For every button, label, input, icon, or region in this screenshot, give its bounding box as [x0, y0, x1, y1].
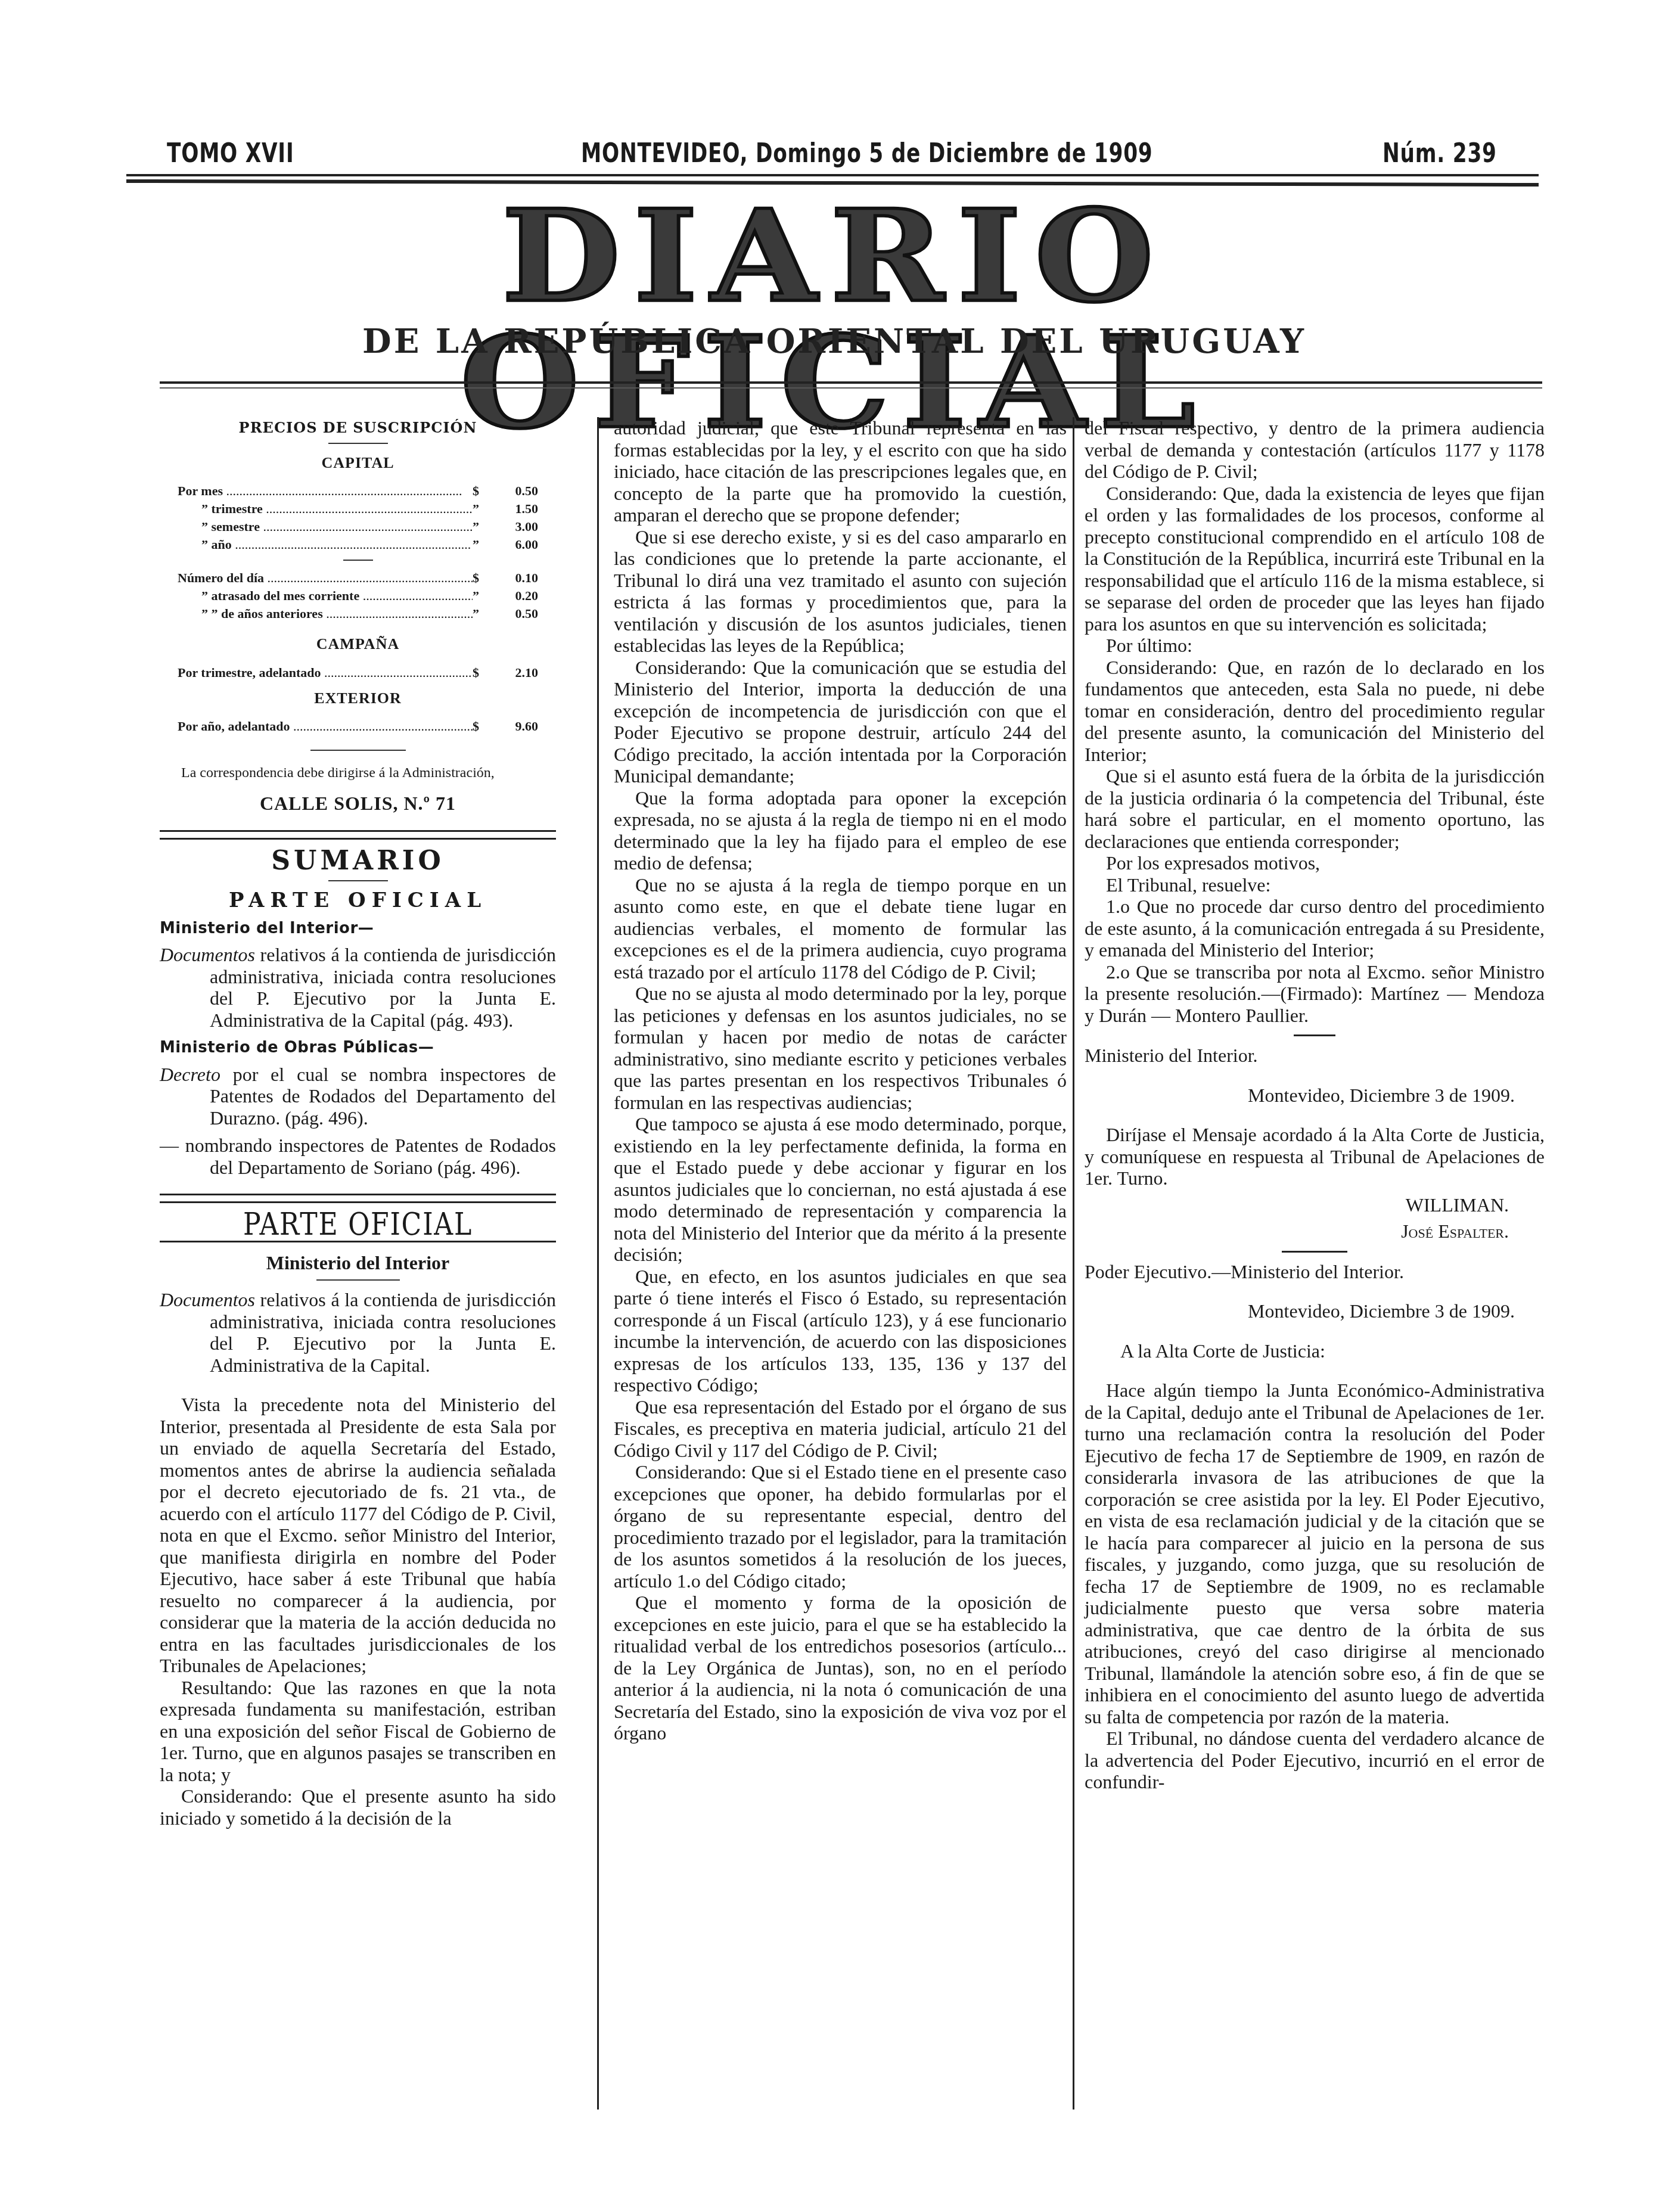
sumario-list: Ministerio del Interior—Documentos relat… — [160, 918, 556, 1179]
price-value: 2.10 — [496, 664, 538, 682]
divider — [160, 387, 1542, 389]
paragraph: Considerando: Que si el Estado tiene en … — [614, 1461, 1067, 1592]
price-label: ” atrasado del mes corriente — [178, 587, 473, 605]
price-list-capital: Por mes$0.50” trimestre”1.50” semestre”3… — [178, 482, 538, 554]
divider — [1282, 1251, 1347, 1253]
capital-heading: CAPITAL — [178, 452, 538, 474]
article-body-left: Vista la precedente nota del Ministerio … — [160, 1394, 556, 1829]
price-currency: $ — [473, 482, 496, 500]
column-divider — [1073, 417, 1074, 2110]
paragraph: Considerando: Que el presente asunto ha … — [160, 1785, 556, 1829]
paragraph: del Fiscal respectivo, y dentro de la pr… — [1085, 417, 1545, 483]
sumario-ministry: Ministerio del Interior— — [160, 918, 556, 940]
signature-minister: José Espalter. — [1085, 1220, 1545, 1242]
sumario-entry-text: nombrando inspectores de Patentes de Rod… — [179, 1135, 556, 1178]
price-currency: ” — [473, 500, 496, 518]
paragraph: 2.o Que se transcriba por nota al Excmo.… — [1085, 961, 1545, 1027]
price-currency: ” — [473, 536, 496, 554]
paragraph: Considerando: Que, dada la existencia de… — [1085, 483, 1545, 635]
divider — [328, 443, 388, 444]
divider — [1294, 1034, 1335, 1036]
divider — [310, 750, 406, 751]
price-value: 9.60 — [496, 717, 538, 735]
volume-label: TOMO XVII — [167, 138, 294, 169]
price-currency: $ — [473, 664, 496, 682]
divider — [160, 1194, 556, 1203]
sumario-entry: Decreto por el cual se nombra inspectore… — [160, 1064, 556, 1129]
spacer — [1085, 1106, 1545, 1124]
divider — [160, 381, 1542, 384]
newspaper-title: DIARIO OFICIAL — [179, 194, 1490, 446]
column-right: del Fiscal respectivo, y dentro de la pr… — [1085, 417, 1545, 1793]
price-label: Número del día — [178, 569, 473, 587]
ministry-title: Ministerio del Interior — [160, 1252, 556, 1274]
issue-number: Núm. 239 — [1382, 138, 1497, 169]
paragraph: Por los expresados motivos, — [1085, 852, 1545, 874]
paragraph: Que el momento y forma de la oposición d… — [614, 1592, 1067, 1744]
price-value: 0.10 — [496, 569, 538, 587]
signature-president: WILLIMAN. — [1085, 1194, 1545, 1216]
paragraph: Que si ese derecho existe, y si es del c… — [614, 526, 1067, 657]
price-list-issues: Número del día$0.10” atrasado del mes co… — [178, 569, 538, 623]
spacer — [1085, 1282, 1545, 1300]
price-row: Número del día$0.10 — [178, 569, 538, 587]
masthead-topline: TOMO XVII MONTEVIDEO, Domingo 5 de Dicie… — [167, 138, 1537, 174]
newspaper-subtitle: DE LA REPÚBLICA ORIENTAL DEL URUGUAY — [358, 322, 1311, 361]
decree-heading: Ministerio del Interior. — [1085, 1045, 1545, 1067]
spacer — [1085, 1067, 1545, 1085]
column-left: PRECIOS DE SUSCRIPCIÓN CAPITAL Por mes$0… — [160, 417, 556, 1829]
sumario-entry-lead: Decreto — [160, 1064, 220, 1085]
sumario-section: PARTE OFICIAL — [160, 890, 556, 912]
paragraph: Que no se ajusta á la regla de tiempo po… — [614, 874, 1067, 983]
price-value: 3.00 — [496, 518, 538, 536]
price-currency: $ — [473, 717, 496, 735]
price-value: 6.00 — [496, 536, 538, 554]
price-currency: ” — [473, 605, 496, 623]
decree-text: Diríjase el Mensaje acordado á la Alta C… — [1085, 1124, 1545, 1189]
column-divider — [597, 417, 599, 2110]
sumario-ministry: Ministerio de Obras Públicas— — [160, 1037, 556, 1059]
price-row: ” atrasado del mes corriente”0.20 — [178, 587, 538, 605]
price-list-exterior: Por año, adelantado$9.60 — [178, 717, 538, 735]
divider — [316, 1279, 400, 1281]
divider — [343, 560, 373, 561]
price-label: Por trimestre, adelantado — [178, 664, 473, 682]
paragraph: Considerando: Que, en razón de lo declar… — [1085, 657, 1545, 766]
price-label: ” semestre — [178, 518, 473, 536]
price-currency: $ — [473, 569, 496, 587]
paragraph: Que si el asunto está fuera de la órbita… — [1085, 765, 1545, 852]
paragraph: autoridad judicial, que este Tribunal re… — [614, 417, 1067, 526]
price-row: Por mes$0.50 — [178, 482, 538, 500]
sumario-title: SUMARIO — [160, 850, 556, 872]
paragraph: Por último: — [1085, 635, 1545, 657]
divider — [126, 174, 1539, 176]
paragraph: Hace algún tiempo la Junta Económico-Adm… — [1085, 1380, 1545, 1728]
price-row: ” año”6.00 — [178, 536, 538, 554]
paragraph: El Tribunal, no dándose cuenta del verda… — [1085, 1728, 1545, 1793]
decree-date: Montevideo, Diciembre 3 de 1909. — [1085, 1085, 1545, 1107]
paragraph: El Tribunal, resuelve: — [1085, 874, 1545, 896]
exterior-heading: EXTERIOR — [178, 688, 538, 710]
price-currency: ” — [473, 587, 496, 605]
price-label: ” año — [178, 536, 473, 554]
divider — [328, 880, 388, 881]
price-value: 1.50 — [496, 500, 538, 518]
price-row: ” trimestre”1.50 — [178, 500, 538, 518]
price-row: ” ” de años anteriores”0.50 — [178, 605, 538, 623]
sumario-entry-text: relativos á la contienda de jurisdicción… — [210, 944, 556, 1031]
sumario-entry-text: por el cual se nombra inspectores de Pat… — [210, 1064, 556, 1129]
paragraph: Resultando: Que las razones en que la no… — [160, 1677, 556, 1786]
sumario-entry: Documentos relativos á la contienda de j… — [160, 944, 556, 1031]
message-body: Hace algún tiempo la Junta Económico-Adm… — [1085, 1380, 1545, 1793]
paragraph: Que esa representación del Estado por el… — [614, 1396, 1067, 1462]
price-value: 0.20 — [496, 587, 538, 605]
article-body-middle: autoridad judicial, que este Tribunal re… — [614, 417, 1067, 1744]
price-row: ” semestre”3.00 — [178, 518, 538, 536]
address: CALLE SOLIS, N.º 71 — [160, 793, 556, 815]
spacer — [160, 1376, 556, 1394]
subscription-title: PRECIOS DE SUSCRIPCIÓN — [178, 417, 538, 439]
message-heading: Poder Ejecutivo.—Ministerio del Interior… — [1085, 1261, 1545, 1283]
paragraph: Que, en efecto, en los asuntos judiciale… — [614, 1266, 1067, 1396]
sumario-entry-lead: Documentos — [160, 944, 255, 965]
spacer — [1085, 1322, 1545, 1340]
document-summary-text: relativos á la contienda de jurisdicción… — [210, 1289, 556, 1376]
sumario-entry: — nombrando inspectores de Patentes de R… — [160, 1135, 556, 1178]
section-title: PARTE OFICIAL — [189, 1214, 526, 1236]
document-summary: Documentos relativos á la contienda de j… — [160, 1289, 556, 1376]
paragraph: Que no se ajusta al modo determinado por… — [614, 983, 1067, 1113]
price-label: ” ” de años anteriores — [178, 605, 473, 623]
correspondence-note: La correspondencia debe dirigirse á la A… — [160, 764, 556, 782]
paragraph: Vista la precedente nota del Ministerio … — [160, 1394, 556, 1677]
article-body-right: del Fiscal respectivo, y dentro de la pr… — [1085, 417, 1545, 1026]
price-value: 0.50 — [496, 605, 538, 623]
spacer — [1085, 1362, 1545, 1380]
column-middle: autoridad judicial, que este Tribunal re… — [614, 417, 1067, 1744]
price-value: 0.50 — [496, 482, 538, 500]
paragraph: Que la forma adoptada para oponer la exc… — [614, 787, 1067, 874]
document-lead: Documentos — [160, 1289, 255, 1310]
price-label: ” trimestre — [178, 500, 473, 518]
subscription-box: PRECIOS DE SUSCRIPCIÓN CAPITAL Por mes$0… — [160, 417, 556, 751]
paragraph: Considerando: Que la comunicación que se… — [614, 657, 1067, 787]
divider — [160, 830, 556, 840]
price-row: Por trimestre, adelantado$2.10 — [178, 664, 538, 682]
sumario-entry-lead: — — [160, 1135, 179, 1156]
campana-heading: CAMPAÑA — [178, 633, 538, 655]
message-salutation: A la Alta Corte de Justicia: — [1085, 1340, 1545, 1362]
price-label: Por año, adelantado — [178, 717, 473, 735]
price-row: Por año, adelantado$9.60 — [178, 717, 538, 735]
issue-date: MONTEVIDEO, Domingo 5 de Diciembre de 19… — [581, 138, 1153, 169]
price-label: Por mes — [178, 482, 473, 500]
price-currency: ” — [473, 518, 496, 536]
paragraph: 1.o Que no procede dar curso dentro del … — [1085, 896, 1545, 961]
price-list-campana: Por trimestre, adelantado$2.10 — [178, 664, 538, 682]
paragraph: Que tampoco se ajusta á ese modo determi… — [614, 1113, 1067, 1266]
message-date: Montevideo, Diciembre 3 de 1909. — [1085, 1300, 1545, 1322]
